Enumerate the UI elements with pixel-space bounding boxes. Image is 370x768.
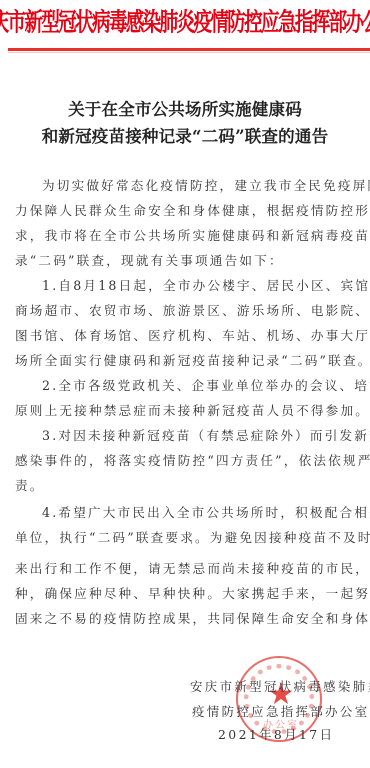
body-line: 单位，执行“二码”联查要求。为避免因接种疫苗不及时而带 [15,530,363,546]
signature-date: 2021年8月17日 [218,725,334,743]
body-line: 1.自8月18日起，全市办公楼宇、居民小区、宾馆酒店、 [42,278,363,294]
body-line: 力保障人民群众生命安全和身体健康，根据疫情防控形势和要 [15,203,363,219]
notice-title-line-2: 和新冠疫苗接种记录“二码”联查的通告 [0,123,370,147]
body-line: 感染事件的，将落实疫情防控“四方责任”，依法依规严肃追 [15,453,363,469]
notice-title-line-1: 关于在全市公共场所实施健康码 [0,96,370,120]
scan-artifact [191,540,192,544]
red-divider-shadow [8,52,370,53]
signature-issuer-line-1: 安庆市新型冠状病毒感染肺炎 [190,677,370,695]
body-line: 求，我市将在全市公共场所实施健康码和新冠病毒疫苗接种记 [15,228,363,244]
body-line: 商场超市、农贸市场、旅游景区、游乐场所、电影院、文化馆、 [15,303,363,319]
issuer-name: 安庆市新型冠状病毒感染肺炎疫情防控应急指挥部办公室 [0,3,370,38]
body-line: 3.对因未接种新冠疫苗（有禁忌症除外）而引发新冠病毒 [42,428,363,444]
body-line: 种，确保应种尽种、早种快种。大家携起手来，一起努力，巩 [15,586,363,602]
body-line: 责。 [15,478,363,494]
red-divider [8,48,370,51]
body-line: 为切实做好常态化疫情防控，建立我市全民免疫屏障，全 [42,178,363,194]
body-line: 图书馆、体育场馆、医疗机构、车站、机场、办事大厅等公共 [15,328,363,344]
body-line: 场所全面实行健康码和新冠疫苗接种记录“二码”联查。 [15,353,363,369]
body-line: 4.希望广大市民出入全市公共场所时，积极配合相关管理 [42,505,363,521]
body-line: 固来之不易的疫情防控成果，共同保障生命安全和身体健康。 [15,611,363,627]
body-line: 来出行和工作不便，请无禁忌而尚未接种疫苗的市民，尽快接 [15,561,363,577]
issuer-header: 安庆市新型冠状病毒感染肺炎疫情防控应急指挥部办公室 [0,2,370,40]
body-line: 录“二码”联查，现就有关事项通告如下： [15,253,363,269]
body-line: 2.全市各级党政机关、企事业单位举办的会议、培训等， [42,378,363,394]
body-line: 原则上无接种禁忌症而未接种新冠疫苗人员不得参加。 [15,403,363,419]
signature-issuer-line-2: 疫情防控应急指挥部办公室 [192,702,370,720]
